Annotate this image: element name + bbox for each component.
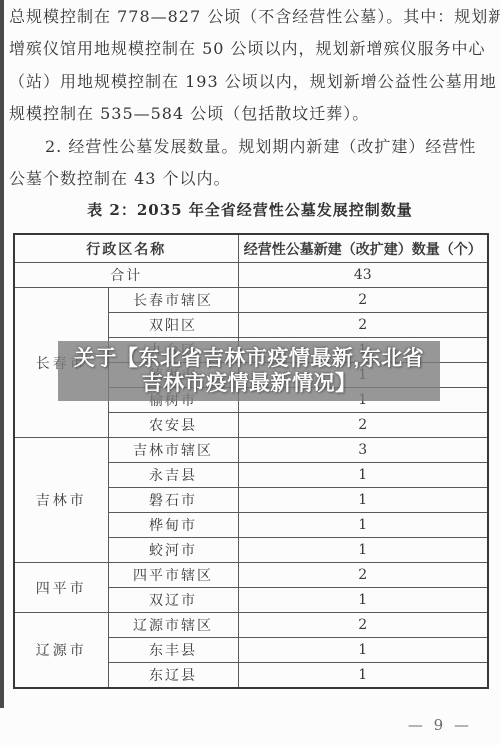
value-cell: 1	[238, 588, 488, 613]
region-cell: 双辽市	[108, 588, 238, 613]
total-value-cell: 43	[238, 263, 488, 288]
value-cell: 1	[238, 488, 488, 513]
region-cell: 四平市辖区	[108, 563, 238, 588]
body-text-line: 2. 经营性公墓发展数量。规划期内新建（改扩建）经营性	[9, 131, 495, 163]
region-cell: 磐石市	[108, 488, 238, 513]
region-cell: 桦甸市	[108, 513, 238, 538]
body-text-line: 公墓个数控制在 43 个以内。	[9, 163, 495, 195]
scan-edge-artifact	[0, 0, 4, 708]
header-region-column: 行政区名称	[14, 234, 238, 263]
header-count-column: 经营性公墓新建（改扩建）数量（个）	[238, 234, 488, 263]
value-cell: 1	[238, 538, 488, 563]
region-cell: 双阳区	[108, 313, 238, 338]
value-cell: 2	[238, 613, 488, 638]
value-cell: 1	[238, 663, 488, 689]
value-cell: 2	[238, 313, 488, 338]
value-cell: 2	[238, 563, 488, 588]
table-row: 长春市长春市辖区2	[14, 288, 488, 313]
group-name-cell: 辽源市	[14, 613, 108, 689]
body-text-line: 增殡仪馆用地规模控制在 50 公顷以内，规划新增殡仪服务中心	[9, 33, 495, 65]
table-row: 四平市四平市辖区2	[14, 563, 488, 588]
body-text: 总规模控制在 778—827 公顷（不含经营性公墓）。其中：规划新 增殡仪馆用地…	[9, 1, 495, 195]
region-cell: 东辽县	[108, 663, 238, 689]
page-number: — 9 —	[408, 716, 472, 734]
body-text-line: （站）用地规模控制在 193 公顷以内，规划新增公益性公墓用地	[9, 66, 495, 98]
table-row: 吉林市吉林市辖区3	[14, 438, 488, 463]
cemetery-control-table: 行政区名称经营性公墓新建（改扩建）数量（个）合计43长春市长春市辖区2双阳区2九…	[13, 233, 489, 689]
region-cell: 吉林市辖区	[108, 438, 238, 463]
region-cell: 农安县	[108, 413, 238, 438]
watermark-text-line: 关于【东北省吉林市疫情最新,东北省	[74, 346, 424, 371]
region-cell: 东丰县	[108, 638, 238, 663]
region-cell: 辽源市辖区	[108, 613, 238, 638]
table-total-row: 合计43	[14, 263, 488, 288]
table-header-row: 行政区名称经营性公墓新建（改扩建）数量（个）	[14, 234, 488, 263]
value-cell: 2	[238, 288, 488, 313]
total-label-cell: 合计	[14, 263, 238, 288]
region-cell: 蛟河市	[108, 538, 238, 563]
body-text-line: 规模控制在 535—584 公顷（包括散坟迁葬）。	[9, 98, 495, 130]
table-title: 表 2：2035 年全省经营性公墓发展控制数量	[0, 199, 500, 220]
region-cell: 永吉县	[108, 463, 238, 488]
document-page: 总规模控制在 778—827 公顷（不含经营性公墓）。其中：规划新 增殡仪馆用地…	[0, 0, 500, 745]
value-cell: 1	[238, 638, 488, 663]
value-cell: 3	[238, 438, 488, 463]
group-name-cell: 吉林市	[14, 438, 108, 563]
value-cell: 1	[238, 463, 488, 488]
watermark-overlay: 关于【东北省吉林市疫情最新,东北省 吉林市疫情最新情况】	[58, 341, 440, 401]
body-text-line: 总规模控制在 778—827 公顷（不含经营性公墓）。其中：规划新	[9, 1, 495, 33]
watermark-text-line: 吉林市疫情最新情况】	[142, 371, 357, 396]
value-cell: 2	[238, 413, 488, 438]
value-cell: 1	[238, 513, 488, 538]
table-row: 辽源市辽源市辖区2	[14, 613, 488, 638]
group-name-cell: 四平市	[14, 563, 108, 613]
region-cell: 长春市辖区	[108, 288, 238, 313]
